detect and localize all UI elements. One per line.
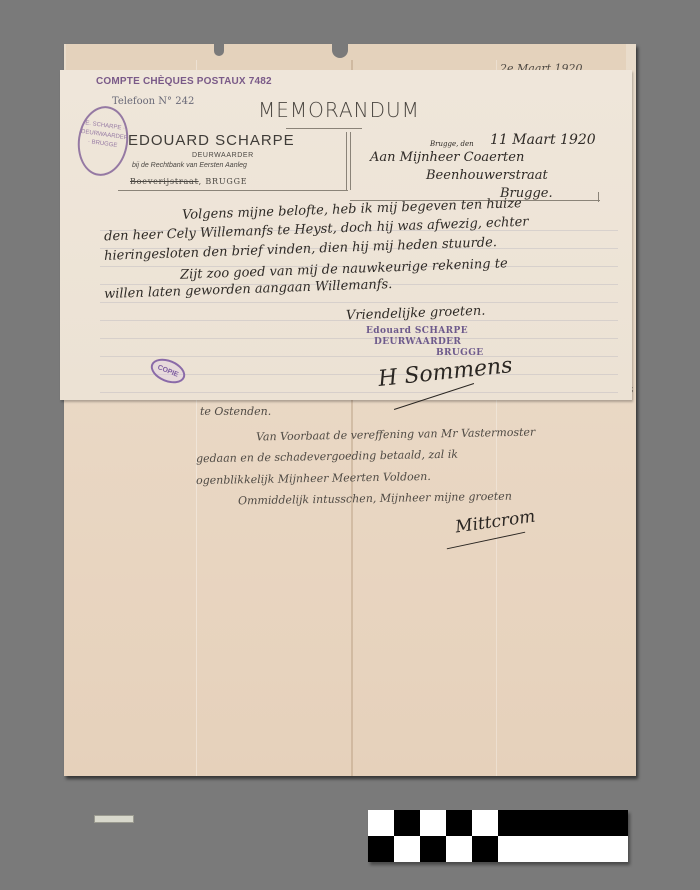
- postal-cheque-stamp: COMPTE CHÈQUES POSTAUX 7482: [96, 76, 272, 87]
- scale-cell: [394, 836, 420, 862]
- stamp-block-line-1: Edouard SCHARPE: [366, 326, 468, 336]
- letter-date: 11 Maart 1920: [490, 132, 596, 148]
- scale-bar: [368, 810, 628, 862]
- sender-name: EDOUARD SCHARPE: [128, 132, 295, 149]
- scale-cell: [498, 810, 628, 836]
- telephone-number: Telefoon N° 242: [112, 96, 194, 107]
- scale-cell: [420, 836, 446, 862]
- scale-cell: [446, 836, 472, 862]
- recipient-line-2: Beenhouwerstraat: [426, 168, 548, 183]
- header-rule-vertical: [350, 132, 351, 190]
- sender-role: DEURWAARDER: [192, 152, 254, 159]
- back-body-line-1: te Ostenden.: [200, 405, 271, 418]
- scale-cell: [368, 836, 394, 862]
- struck-street: Boeverijstraat: [130, 177, 199, 186]
- scale-cell: [472, 810, 498, 836]
- sender-address: Boeverijstraat, BRUGGE: [130, 177, 247, 186]
- archive-label-tag: [94, 815, 134, 823]
- header-rule: [118, 190, 348, 191]
- memo-title: MEMORANDUM: [258, 98, 420, 122]
- sender-city: , BRUGGE: [199, 177, 248, 186]
- scale-cell: [394, 810, 420, 836]
- sender-court: bij de Rechtbank van Eersten Aanleg: [132, 162, 247, 169]
- recipient-line-1: Aan Mijnheer Coaerten: [370, 150, 524, 165]
- header-rule: [286, 128, 362, 129]
- stamp-block-line-2: DEURWAARDER: [374, 337, 461, 347]
- header-rule-vertical: [346, 132, 347, 190]
- scale-cell: [472, 836, 498, 862]
- paper-tear: [332, 42, 348, 58]
- paper-tear: [214, 42, 224, 56]
- header-rule-vertical: [598, 192, 599, 202]
- round-stamp-text: E. SCHARPE · DEURWAARDER · BRUGGE: [81, 120, 129, 149]
- scale-cell: [498, 836, 628, 862]
- scale-cell: [368, 810, 394, 836]
- scale-cell: [420, 810, 446, 836]
- place-date-prefix: Brugge, den: [430, 140, 474, 148]
- scale-cell: [446, 810, 472, 836]
- copie-stamp-text: COPIE: [157, 364, 180, 379]
